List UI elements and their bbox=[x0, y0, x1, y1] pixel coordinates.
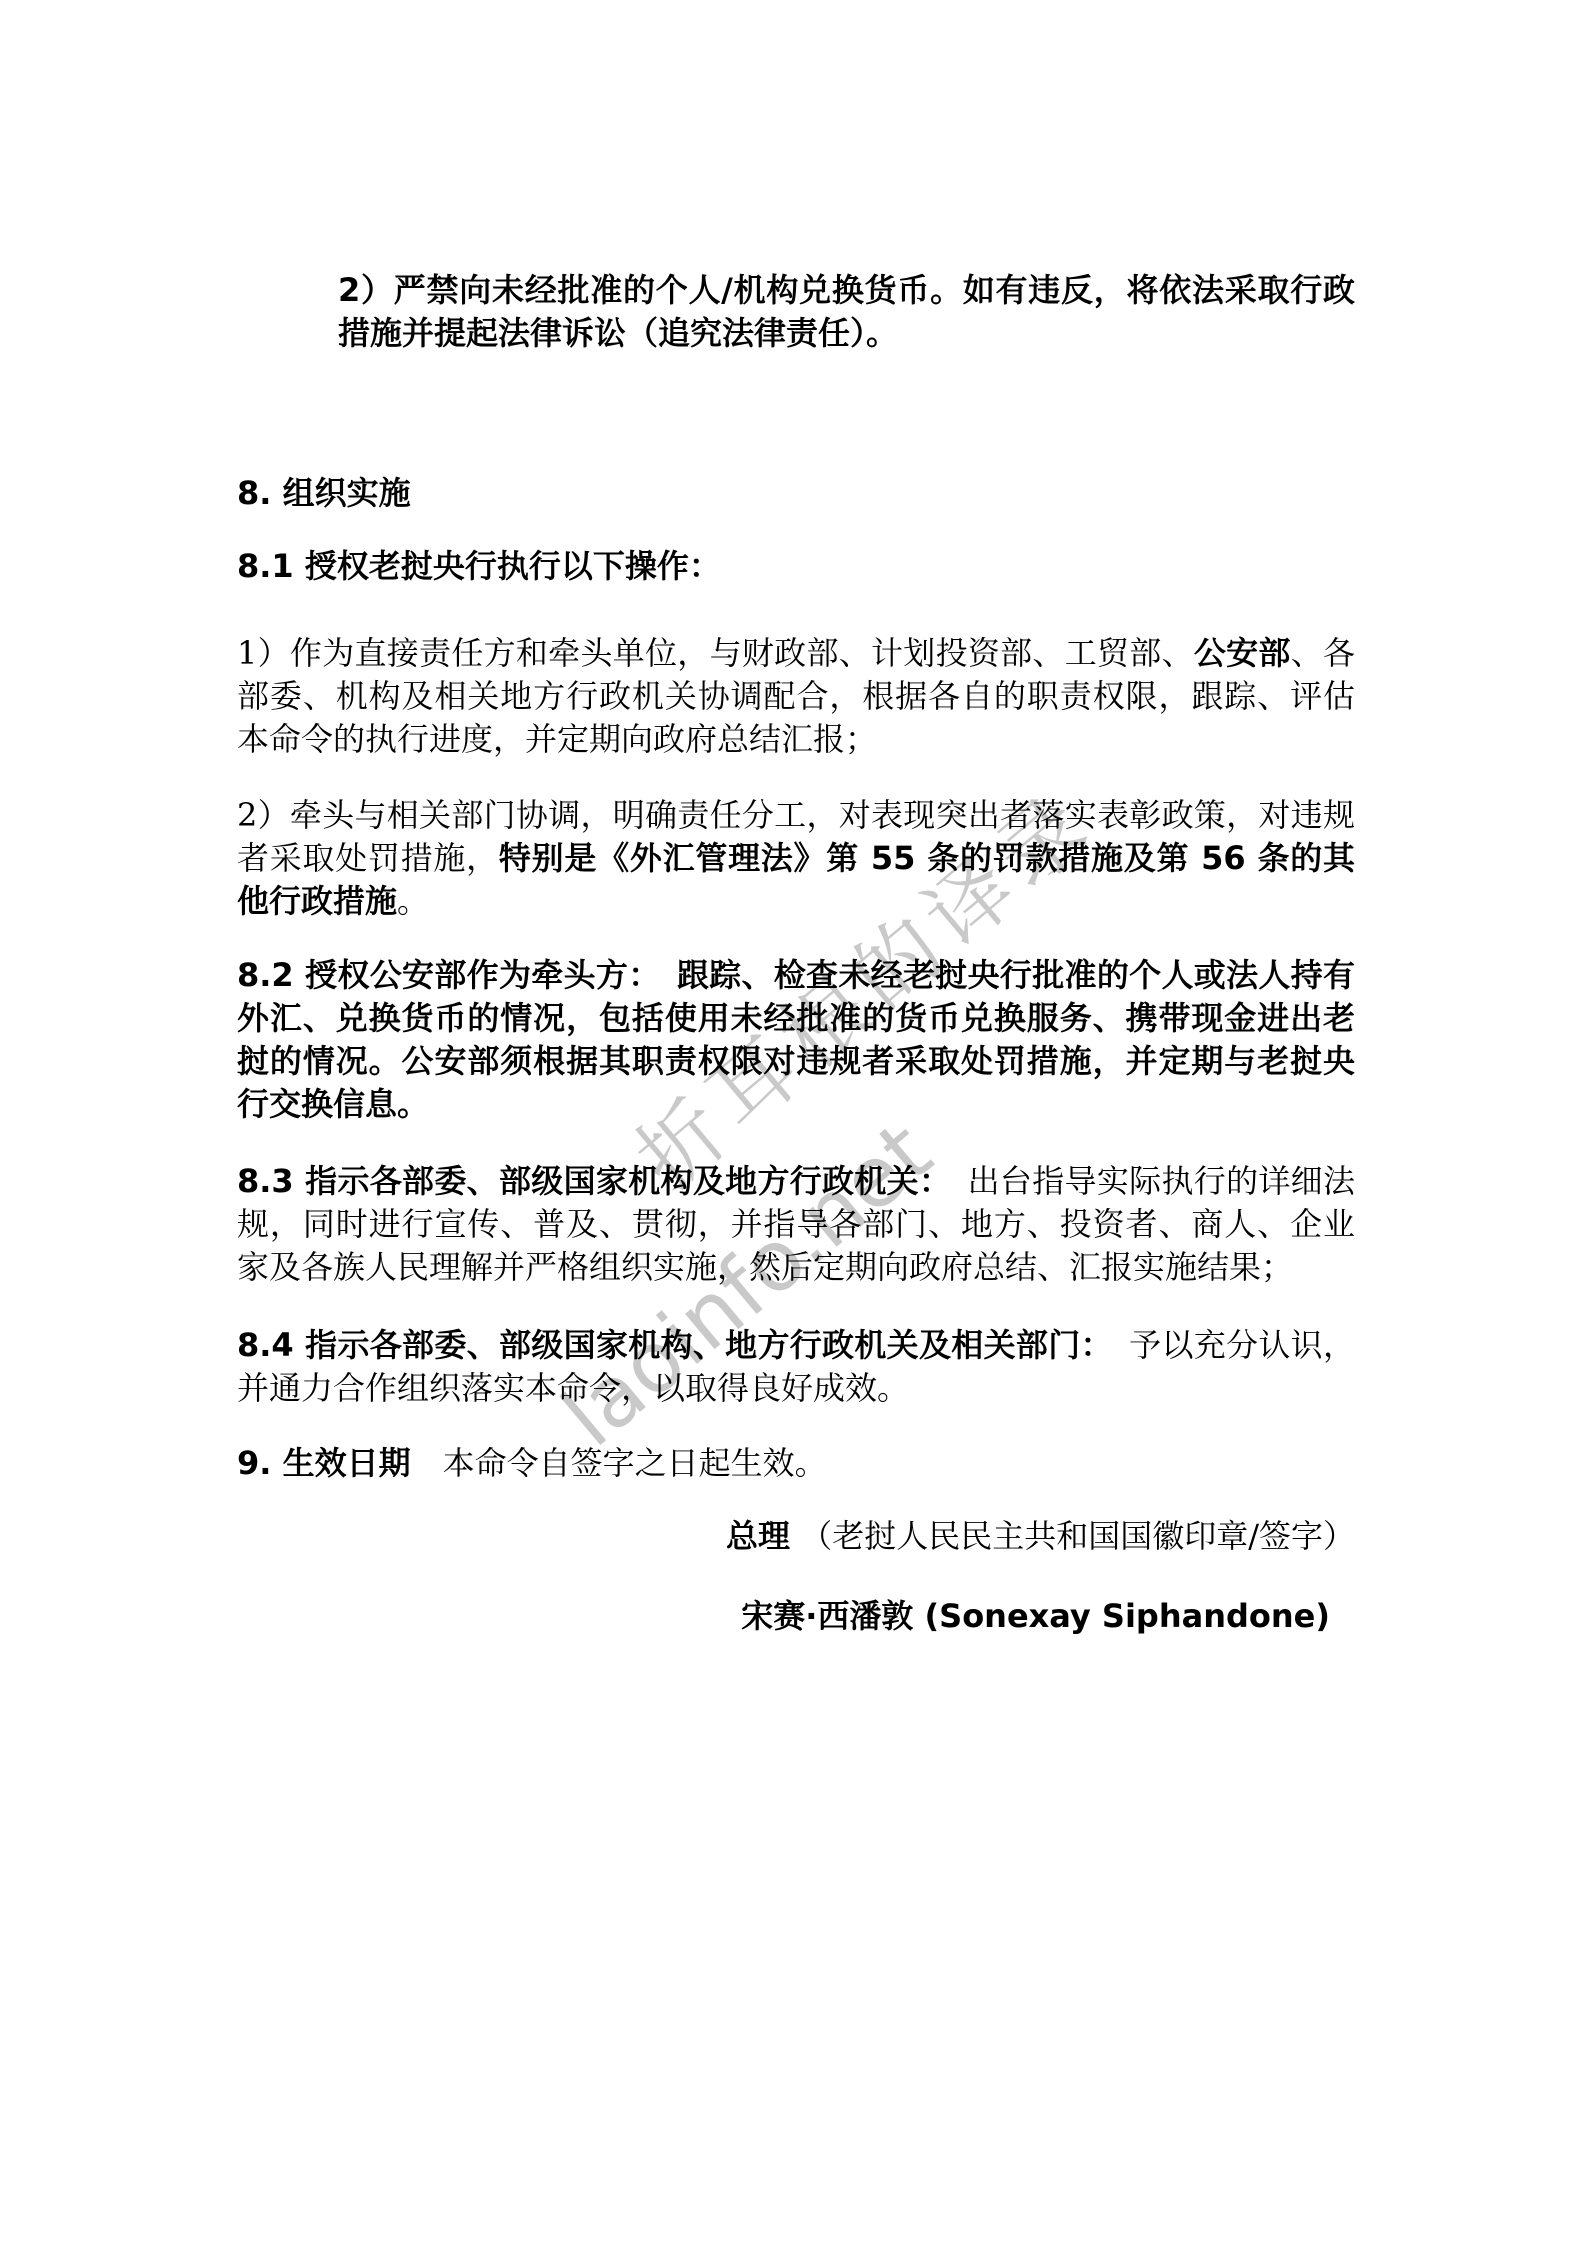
section-8-1-heading: 8.1 授权老挝央行执行以下操作： bbox=[237, 545, 1355, 588]
document-page: 折耳根的译录 laoinfo.net 2）严禁向未经批准的个人/机构兑换货币。如… bbox=[0, 0, 1587, 2245]
text-run: 2）严禁向未经批准的个人/机构兑换货币。如有违反，将依法采取行政措施并提起法律诉… bbox=[338, 271, 1355, 352]
text-run-bold: 8.3 指示各部委、部级国家机构及地方行政机关： bbox=[237, 1162, 935, 1200]
text-run: 。 bbox=[397, 882, 429, 920]
text-run: 本命令自签字之日起生效。 bbox=[411, 1444, 827, 1482]
signature-title-line: 总理 （老挝人民民主共和国国徽印章/签字） bbox=[237, 1515, 1355, 1558]
text-run-bold: 宋赛·西潘敦 (Sonexay Siphandone) bbox=[741, 1597, 1330, 1635]
text-run-bold: 8.4 指示各部委、部级国家机构、地方行政机关及相关部门： bbox=[237, 1326, 1097, 1364]
paragraph-section-8-3: 8.3 指示各部委、部级国家机构及地方行政机关： 出台指导实际执行的详细法规，同… bbox=[237, 1160, 1355, 1289]
paragraph-section-8-4: 8.4 指示各部委、部级国家机构、地方行政机关及相关部门： 予以充分认识，并通力… bbox=[237, 1324, 1355, 1410]
text-run: 1）作为直接责任方和牵头单位，与财政部、计划投资部、工贸部、 bbox=[237, 634, 1194, 672]
section-8-heading: 8. 组织实施 bbox=[237, 472, 1355, 515]
paragraph-section-9: 9. 生效日期 本命令自签字之日起生效。 bbox=[237, 1442, 1355, 1485]
text-run-bold: 总理 bbox=[726, 1517, 790, 1555]
paragraph-item-2: 2）牵头与相关部门协调，明确责任分工，对表现突出者落实表彰政策，对违规者采取处罚… bbox=[237, 794, 1355, 923]
paragraph-section-8-2: 8.2 授权公安部作为牵头方： 跟踪、检查未经老挝央行批准的个人或法人持有外汇、… bbox=[237, 954, 1355, 1126]
text-run-bold: 9. 生效日期 bbox=[237, 1444, 411, 1482]
document-content: 2）严禁向未经批准的个人/机构兑换货币。如有违反，将依法采取行政措施并提起法律诉… bbox=[0, 0, 1587, 1638]
text-run-bold: 8.2 授权公安部作为牵头方： 跟踪、检查未经老挝央行批准的个人或法人持有外汇、… bbox=[237, 956, 1355, 1123]
paragraph-prohibition-clause-2: 2）严禁向未经批准的个人/机构兑换货币。如有违反，将依法采取行政措施并提起法律诉… bbox=[338, 269, 1355, 355]
paragraph-item-1: 1）作为直接责任方和牵头单位，与财政部、计划投资部、工贸部、公安部、各部委、机构… bbox=[237, 632, 1355, 761]
text-run: （老挝人民民主共和国国徽印章/签字） bbox=[790, 1517, 1355, 1555]
signature-name-line: 宋赛·西潘敦 (Sonexay Siphandone) bbox=[237, 1595, 1355, 1638]
text-run-bold: 公安部 bbox=[1194, 634, 1291, 672]
